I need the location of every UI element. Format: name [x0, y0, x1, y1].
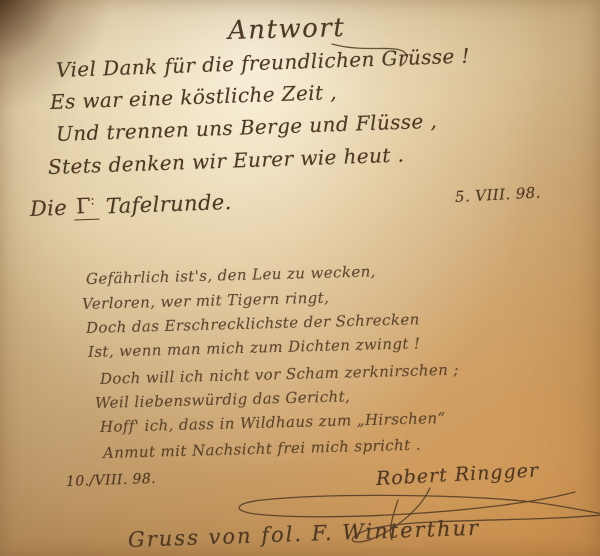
poem1-line-1: Viel Dank für die freundlichen Grüsse ! — [56, 44, 471, 82]
poem2-line-5: Doch will ich nicht vor Scham zerknirsch… — [100, 361, 459, 388]
dedication-prefix: Die — [30, 196, 68, 221]
poem2-line-4: Ist, wenn man mich zum Dichten zwingt ! — [88, 334, 421, 361]
poem1-line-4: Stets denken wir Eurer wie heut . — [48, 143, 405, 179]
poem2-line-3: Doch das Erschrecklichste der Schrecken — [86, 310, 420, 337]
dedication-line: Die Γ∶ Tafelrunde. — [30, 190, 233, 223]
poem2-line-6: Weil liebenswürdig das Gericht, — [95, 387, 351, 412]
poem2-line-8: Anmut mit Nachsicht frei mich spricht . — [103, 436, 421, 462]
manuscript-photo: Antwort Viel Dank für die freundlichen G… — [0, 0, 600, 556]
poem2-line-1: Gefährlich ist's, den Leu zu wecken, — [86, 262, 376, 288]
date-first: 5. VIII. 98. — [455, 184, 542, 206]
poem2-line-7: Hoff' ich, dass in Wildhaus zum „Hirsche… — [100, 409, 446, 436]
poem1-line-3: Und trennen uns Berge und Flüsse , — [56, 109, 438, 146]
dedication-suffix: Tafelrunde. — [106, 190, 233, 218]
symbol-dots: ∶ — [91, 194, 95, 209]
poem2-line-2: Verloren, wer mit Tigern ringt, — [82, 289, 330, 313]
tafelrunde-symbol: Γ∶ — [74, 194, 100, 221]
page-title: Antwort — [228, 13, 346, 46]
poem1-line-2: Es war eine köstliche Zeit , — [50, 80, 338, 114]
